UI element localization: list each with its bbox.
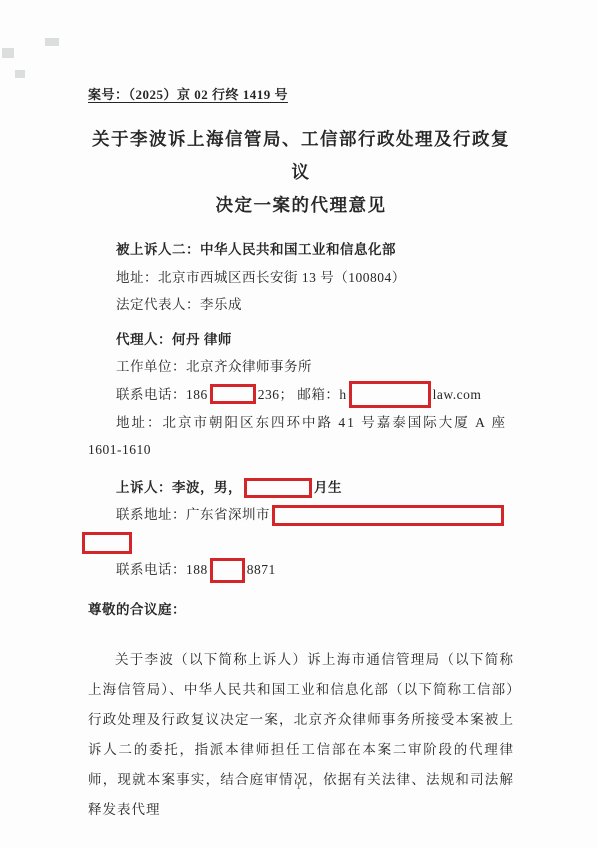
agent-address-line-2: 1601-1610 [88, 436, 514, 464]
redaction-box-appellant-address-2 [82, 532, 132, 554]
agent-phone-mid: 236； 邮箱：h [258, 387, 347, 402]
title-line-1: 关于李波诉上海信管局、工信部行政处理及行政复议 [88, 123, 514, 189]
appellant-phone-prefix: 联系电话：188 [116, 562, 208, 577]
appellee2-legal-representative-line: 法定代表人：李乐成 [88, 291, 514, 319]
salutation: 尊敬的合议庭： [88, 596, 514, 624]
opening-paragraph: 关于李波（以下简称上诉人）诉上海市通信管理局（以下简称上海信管局）、中华人民共和… [88, 645, 514, 825]
scanned-document-page: 案号：（2025）京 02 行终 1419 号 关于李波诉上海信管局、工信部行政… [0, 0, 598, 848]
title-line-2: 决定一案的代理意见 [88, 189, 514, 222]
redaction-box-appellant-phone [210, 558, 245, 583]
redaction-box-agent-email [349, 381, 431, 408]
redaction-box-appellant-address [272, 505, 504, 526]
agent-email-suffix: law.com [433, 387, 482, 402]
scan-artifact [45, 38, 59, 46]
agent-name-line: 代理人：何丹 律师 [88, 326, 514, 354]
agent-contact-line: 联系电话：186236； 邮箱：hlaw.com [88, 381, 514, 409]
agent-employer-line: 工作单位：北京齐众律师事务所 [88, 353, 514, 381]
appellant-name-suffix: 月生 [314, 480, 342, 495]
appellant-phone-line: 联系电话：1888871 [88, 556, 514, 584]
redaction-box-agent-phone [210, 384, 256, 404]
case-number: 案号：（2025）京 02 行终 1419 号 [88, 87, 288, 102]
scan-artifact [15, 70, 25, 78]
appellant-block: 上诉人：李波，男，月生 联系地址：广东省深圳市 联系电话：1888871 [88, 474, 514, 584]
appellee2-address-line: 地址：北京市西城区西长安街 13 号（100804） [88, 264, 514, 292]
redaction-box-appellant-birthdate [244, 478, 312, 498]
scan-artifact [2, 48, 14, 58]
agent-block: 代理人：何丹 律师 工作单位：北京齐众律师事务所 联系电话：186236； 邮箱… [88, 326, 514, 464]
document-title: 关于李波诉上海信管局、工信部行政处理及行政复议 决定一案的代理意见 [88, 123, 514, 222]
appellant-address-prefix: 联系地址：广东省深圳市 [116, 507, 270, 522]
case-number-line: 案号：（2025）京 02 行终 1419 号 [88, 0, 514, 103]
appellant-phone-suffix: 8871 [247, 562, 276, 577]
document-body: 案号：（2025）京 02 行终 1419 号 关于李波诉上海信管局、工信部行政… [88, 0, 514, 825]
page-number: 1 [0, 780, 598, 792]
appellant-name-line: 上诉人：李波，男，月生 [88, 474, 514, 502]
agent-phone-prefix: 联系电话：186 [116, 387, 208, 402]
appellant-address-continuation [88, 529, 514, 557]
agent-address-line-1: 地址：北京市朝阳区东四环中路 41 号嘉泰国际大厦 A 座 [88, 409, 514, 437]
appellee2-block: 被上诉人二：中华人民共和国工业和信息化部 地址：北京市西城区西长安街 13 号（… [88, 236, 514, 319]
appellant-address-line: 联系地址：广东省深圳市 [88, 501, 514, 529]
appellee2-party-line: 被上诉人二：中华人民共和国工业和信息化部 [88, 236, 514, 264]
appellant-name-prefix: 上诉人：李波，男， [116, 480, 242, 495]
